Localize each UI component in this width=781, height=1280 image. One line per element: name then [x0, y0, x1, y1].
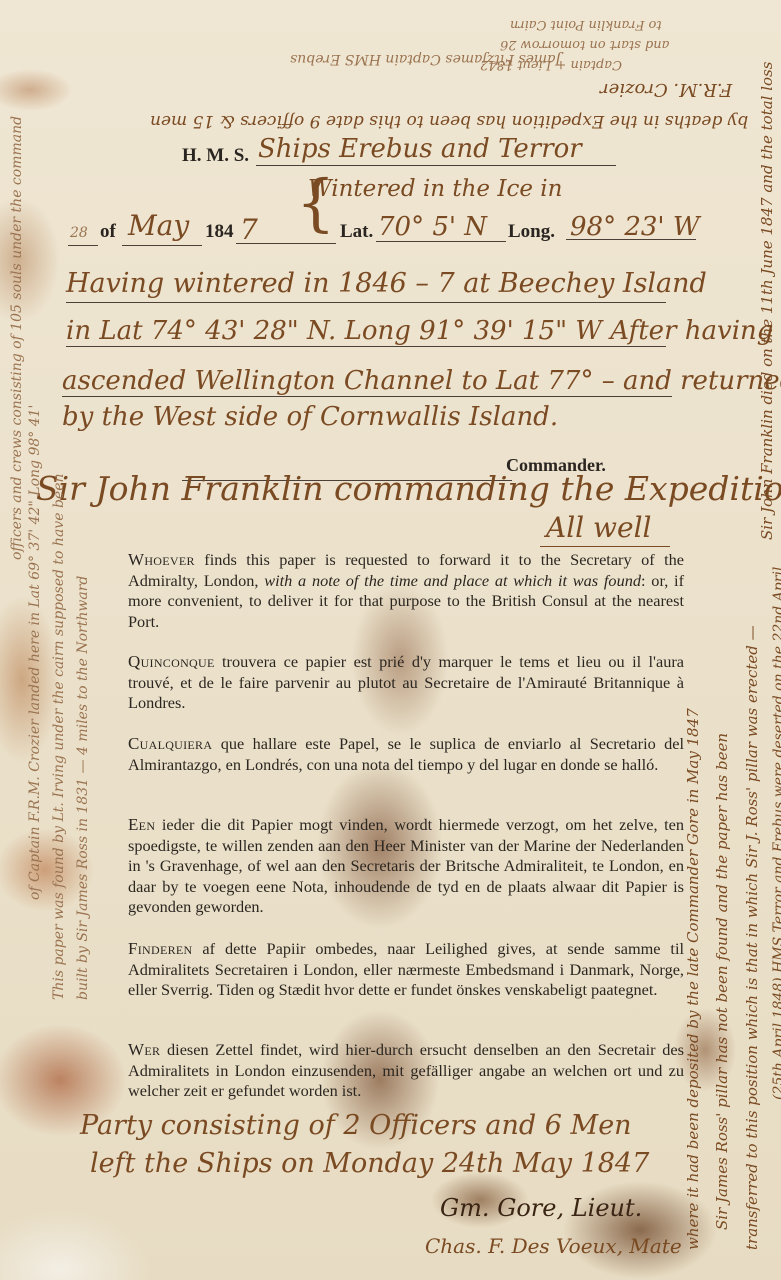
long-rule	[566, 239, 696, 240]
left-margin-note-3: This paper was found by Lt. Irving under…	[52, 474, 66, 1001]
signature-gore: Gm. Gore, Lieut.	[440, 1196, 642, 1220]
notice-french-lead: Quinconque	[128, 652, 215, 671]
notice-dutch-lead: Een	[128, 815, 155, 834]
document-page: to Franklin Point Cairn and start on tom…	[0, 0, 781, 1280]
all-well-status: All well	[546, 514, 651, 542]
right-margin-note-3: Sir James Ross' pillar has not been foun…	[715, 733, 730, 1230]
report-rule-1	[66, 302, 666, 303]
year-printed: 184	[205, 222, 234, 241]
long-label: Long.	[508, 222, 555, 241]
party-note-line-2: left the Ships on Monday 24th May 1847	[90, 1150, 649, 1177]
upside-down-note-2: and start on tomorrow 26	[500, 38, 669, 51]
notice-spanish: Cualquiera que hallare este Papel, se le…	[128, 734, 684, 775]
all-well-rule	[540, 546, 670, 547]
franklin-commanding: Sir John Franklin commanding the Expedit…	[36, 472, 781, 505]
notice-spanish-text: que hallare este Papel, se le suplica de…	[128, 734, 684, 774]
notice-english: Whoever finds this paper is requested to…	[128, 550, 684, 632]
upside-down-note-1: to Franklin Point Cairn	[510, 18, 662, 31]
year-hand: 7	[240, 216, 258, 244]
right-margin-note-5: where it had been deposited by the late …	[686, 708, 701, 1250]
day-value: 28	[70, 226, 88, 240]
upside-down-signature-crozier: F.R.M. Crozier	[600, 80, 732, 98]
notice-spanish-lead: Cualquiera	[128, 734, 212, 753]
report-line-2: in Lat 74° 43' 28" N. Long 91° 39' 15" W…	[66, 318, 773, 344]
long-value: 98° 23' W	[570, 214, 700, 240]
ship-names: Ships Erebus and Terror	[258, 136, 582, 162]
notice-danish-text: af dette Papiir ombedes, naar Leilighed …	[128, 939, 684, 999]
report-line-1: Having wintered in 1846 – 7 at Beechey I…	[66, 270, 707, 297]
month-value: May	[128, 212, 189, 240]
notice-german-text: diesen Zettel findet, wird hier-durch er…	[128, 1040, 684, 1100]
report-rule-3	[62, 396, 672, 397]
notice-french: Quinconque trouvera ce papier est prié d…	[128, 652, 684, 714]
day-rule	[68, 245, 98, 246]
left-margin-note-2: of Captain F.R.M. Crozier landed here in…	[28, 405, 42, 900]
party-note-line-1: Party consisting of 2 Officers and 6 Men	[80, 1112, 632, 1139]
right-margin-note-1: Sir John Franklin died on the 11th June …	[760, 62, 775, 540]
lat-rule	[376, 241, 506, 242]
lat-value: 70° 5' N	[378, 214, 487, 240]
left-margin-note-4: built by Sir James Ross in 1831 — 4 mile…	[76, 576, 90, 1000]
upside-down-note-6: by deaths in the Expedition has been to …	[150, 112, 748, 129]
right-margin-note-2: (25th April 1848) HMS Terror and Erebus …	[772, 567, 781, 1100]
notice-german: Wer diesen Zettel findet, wird hier-durc…	[128, 1040, 684, 1102]
notice-english-italic: with a note of the time and place at whi…	[264, 571, 641, 590]
notice-danish: Finderen af dette Papiir ombedes, naar L…	[128, 939, 684, 1001]
notice-english-lead: Whoever	[128, 550, 195, 569]
brace-glyph: {	[296, 172, 335, 234]
report-line-4: by the West side of Cornwallis Island.	[62, 404, 558, 430]
notice-dutch-text: ieder die dit Papier mogt vinden, wordt …	[128, 815, 684, 916]
report-line-3: ascended Wellington Channel to Lat 77° –…	[62, 368, 781, 394]
notice-dutch: Een ieder die dit Papier mogt vinden, wo…	[128, 815, 684, 918]
notice-german-lead: Wer	[128, 1040, 160, 1059]
of-label: of	[100, 222, 116, 241]
month-rule	[122, 245, 202, 246]
water-damage-stain	[0, 1180, 170, 1280]
left-margin-note-1: officers and crews consisting of 105 sou…	[10, 116, 24, 560]
upside-down-note-4: James Fitzjames Captain HMS Erebus	[290, 52, 561, 66]
lat-label: Lat.	[340, 222, 373, 241]
hms-label: H. M. S.	[182, 146, 249, 165]
year-rule	[236, 243, 336, 244]
wintered-note: Wintered in the Ice in	[308, 178, 562, 201]
right-margin-note-4: transferred to this position which is th…	[745, 625, 760, 1250]
report-rule-2	[66, 346, 666, 347]
signature-des-voeux: Chas. F. Des Voeux, Mate	[425, 1236, 682, 1256]
notice-danish-lead: Finderen	[128, 939, 193, 958]
